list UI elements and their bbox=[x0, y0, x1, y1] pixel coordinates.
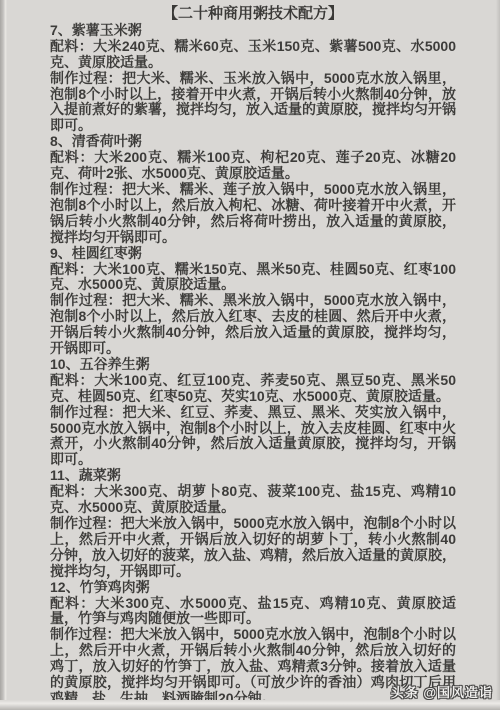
ingredients-text: 大米100克、红豆100克、荞麦50克、黑豆50克、黑米50克、桂圆50克、红枣… bbox=[50, 372, 456, 404]
recipe-9-longan-red-date-porridge: 9、桂圆红枣粥 配料：大米100克、糯米150克、黑米50克、桂圆50克、红枣1… bbox=[50, 246, 456, 357]
ingredients-label: 配料： bbox=[50, 149, 94, 165]
method-label: 制作过程： bbox=[50, 181, 122, 197]
ingredients-text: 大米300克、胡萝卜80克、菠菜100克、盐15克、鸡精10克、水5000克、黄… bbox=[50, 483, 456, 515]
ingredients-label: 配料： bbox=[50, 483, 94, 499]
recipe-title: 9、桂圆红枣粥 bbox=[50, 246, 456, 262]
recipe-ingredients: 配料：大米100克、糯米150克、黑米50克、桂圆50克、红枣100克、水500… bbox=[50, 262, 456, 294]
recipe-method: 制作过程：把大米、糯米、玉米放入锅中，5000克水放入锅里，泡制8个小时以上，接… bbox=[50, 71, 456, 135]
method-label: 制作过程： bbox=[50, 292, 122, 308]
toutiao-watermark: 头条 @国风造诣 bbox=[391, 682, 493, 701]
recipe-10-five-grain-health-porridge: 10、五谷养生粥 配料：大米100克、红豆100克、荞麦50克、黑豆50克、黑米… bbox=[50, 357, 456, 468]
page-edge-bottom bbox=[0, 700, 500, 710]
recipe-ingredients: 配料：大米300克、胡萝卜80克、菠菜100克、盐15克、鸡精10克、水5000… bbox=[50, 484, 456, 516]
method-label: 制作过程： bbox=[50, 626, 121, 642]
recipe-ingredients: 配料：大米240克、糯米60克、玉米150克、紫薯500克、水5000克、黄原胶… bbox=[50, 39, 456, 71]
recipe-title: 11、蔬菜粥 bbox=[50, 468, 456, 484]
document-content: 【二十种商用粥技术配方】 7、紫薯玉米粥 配料：大米240克、糯米60克、玉米1… bbox=[0, 0, 500, 707]
recipe-title: 8、清香荷叶粥 bbox=[50, 134, 456, 150]
ingredients-label: 配料： bbox=[50, 372, 94, 388]
recipe-method: 制作过程：把大米放入锅中，5000克水放入锅中，泡制8个小时以上，然后开中火煮，… bbox=[50, 516, 456, 580]
recipe-8-lotus-leaf-porridge: 8、清香荷叶粥 配料：大米200克、糯米100克、枸杞20克、莲子20克、冰糖2… bbox=[50, 134, 456, 245]
method-label: 制作过程： bbox=[50, 515, 121, 531]
recipe-11-vegetable-porridge: 11、蔬菜粥 配料：大米300克、胡萝卜80克、菠菜100克、盐15克、鸡精10… bbox=[50, 468, 456, 579]
recipe-method: 制作过程：把大米、红豆、荞麦、黑豆、黑米、芡实放入锅中，5000克水放入锅中，泡… bbox=[50, 405, 456, 469]
ingredients-label: 配料： bbox=[50, 38, 93, 54]
method-label: 制作过程： bbox=[50, 404, 123, 420]
ingredients-label: 配料： bbox=[50, 261, 93, 277]
recipe-ingredients: 配料：大米100克、红豆100克、荞麦50克、黑豆50克、黑米50克、桂圆50克… bbox=[50, 373, 456, 405]
recipe-title: 10、五谷养生粥 bbox=[50, 357, 456, 373]
ingredients-label: 配料： bbox=[50, 595, 95, 611]
recipe-title: 7、紫薯玉米粥 bbox=[50, 23, 456, 39]
recipe-7-purple-yam-corn-porridge: 7、紫薯玉米粥 配料：大米240克、糯米60克、玉米150克、紫薯500克、水5… bbox=[50, 23, 456, 134]
ingredients-text: 大米100克、糯米150克、黑米50克、桂圆50克、红枣100克、水5000克、… bbox=[50, 261, 456, 293]
recipe-method: 制作过程：把大米、糯米、黑米放入锅中，5000克水放入锅中，泡制8个小时以上，然… bbox=[50, 293, 456, 357]
ingredients-text: 大米300克、水5000克、盐15克、鸡精10克、黄原胶适量，竹笋与鸡肉随便放一… bbox=[50, 595, 456, 627]
ingredients-text: 大米200克、糯米100克、枸杞20克、莲子20克、冰糖20克、荷叶2张、水50… bbox=[50, 149, 456, 181]
document-title: 【二十种商用粥技术配方】 bbox=[50, 6, 456, 22]
document-page: 【二十种商用粥技术配方】 7、紫薯玉米粥 配料：大米240克、糯米60克、玉米1… bbox=[0, 0, 500, 710]
recipe-title: 12、竹笋鸡肉粥 bbox=[50, 580, 456, 596]
recipe-method: 制作过程：把大米、糯米、莲子放入锅中，5000克水放入锅里，泡制8个小时以上，然… bbox=[50, 182, 456, 246]
method-label: 制作过程： bbox=[50, 70, 122, 86]
recipe-ingredients: 配料：大米300克、水5000克、盐15克、鸡精10克、黄原胶适量，竹笋与鸡肉随… bbox=[50, 596, 456, 628]
recipe-ingredients: 配料：大米200克、糯米100克、枸杞20克、莲子20克、冰糖20克、荷叶2张、… bbox=[50, 150, 456, 182]
ingredients-text: 大米240克、糯米60克、玉米150克、紫薯500克、水5000克、黄原胶适量。 bbox=[50, 38, 456, 70]
